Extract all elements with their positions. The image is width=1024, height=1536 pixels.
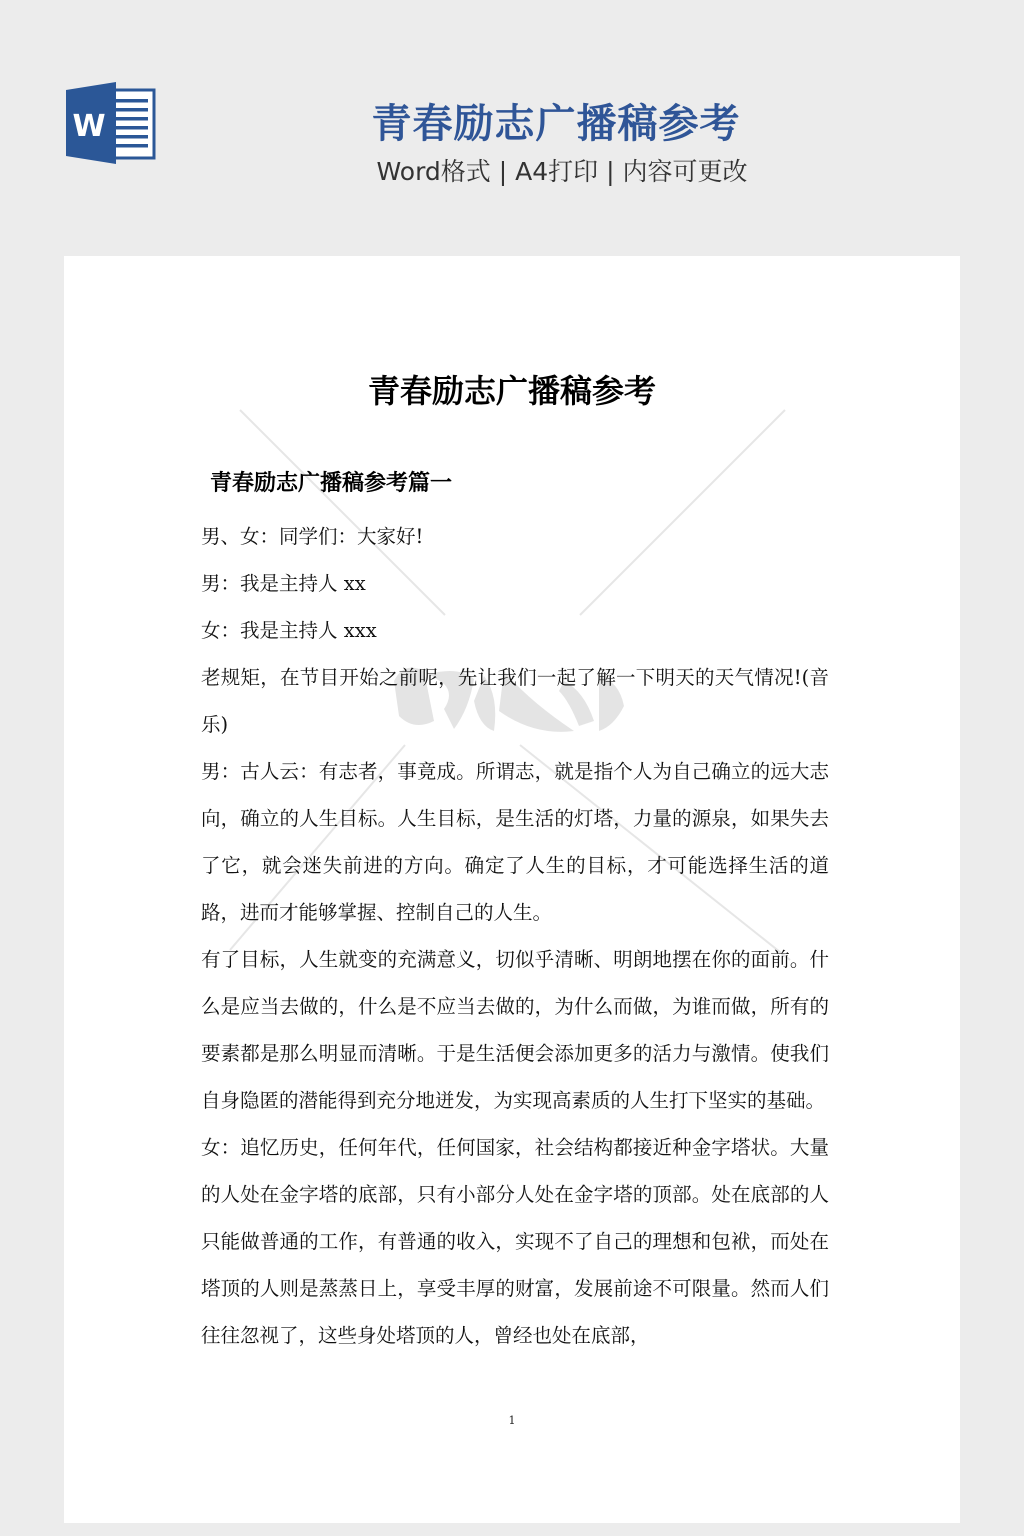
paragraph: 男：我是主持人 xx — [201, 560, 829, 607]
paragraph: 男：古人云：有志者，事竟成。所谓志，就是指个人为自己确立的远大志向，确立的人生目… — [201, 748, 829, 936]
section-heading: 青春励志广播稿参考篇一 — [210, 466, 452, 497]
paragraph: 女：我是主持人 xxx — [201, 607, 829, 654]
document-body: 男、女：同学们：大家好! 男：我是主持人 xx 女：我是主持人 xxx 老规矩，… — [201, 513, 829, 1359]
document-page: 青春励志广播稿参考 青春励志广播稿参考篇一 男、女：同学们：大家好! 男：我是主… — [64, 256, 960, 1523]
document-title: 青春励志广播稿参考 — [64, 366, 960, 412]
paragraph: 女：追忆历史，任何年代，任何国家，社会结构都接近种金字塔状。大量的人处在金字塔的… — [201, 1124, 829, 1359]
header-subtitle: Word格式 | A4打印 | 内容可更改 — [0, 152, 1024, 188]
paragraph: 老规矩，在节目开始之前呢，先让我们一起了解一下明天的天气情况!(音乐) — [201, 654, 829, 748]
paragraph: 有了目标，人生就变的充满意义，切似乎清晰、明朗地摆在你的面前。什么是应当去做的，… — [201, 936, 829, 1124]
paragraph: 男、女：同学们：大家好! — [201, 513, 829, 560]
header-title: 青春励志广播稿参考 — [0, 92, 1024, 149]
page-number: 1 — [64, 1414, 960, 1427]
